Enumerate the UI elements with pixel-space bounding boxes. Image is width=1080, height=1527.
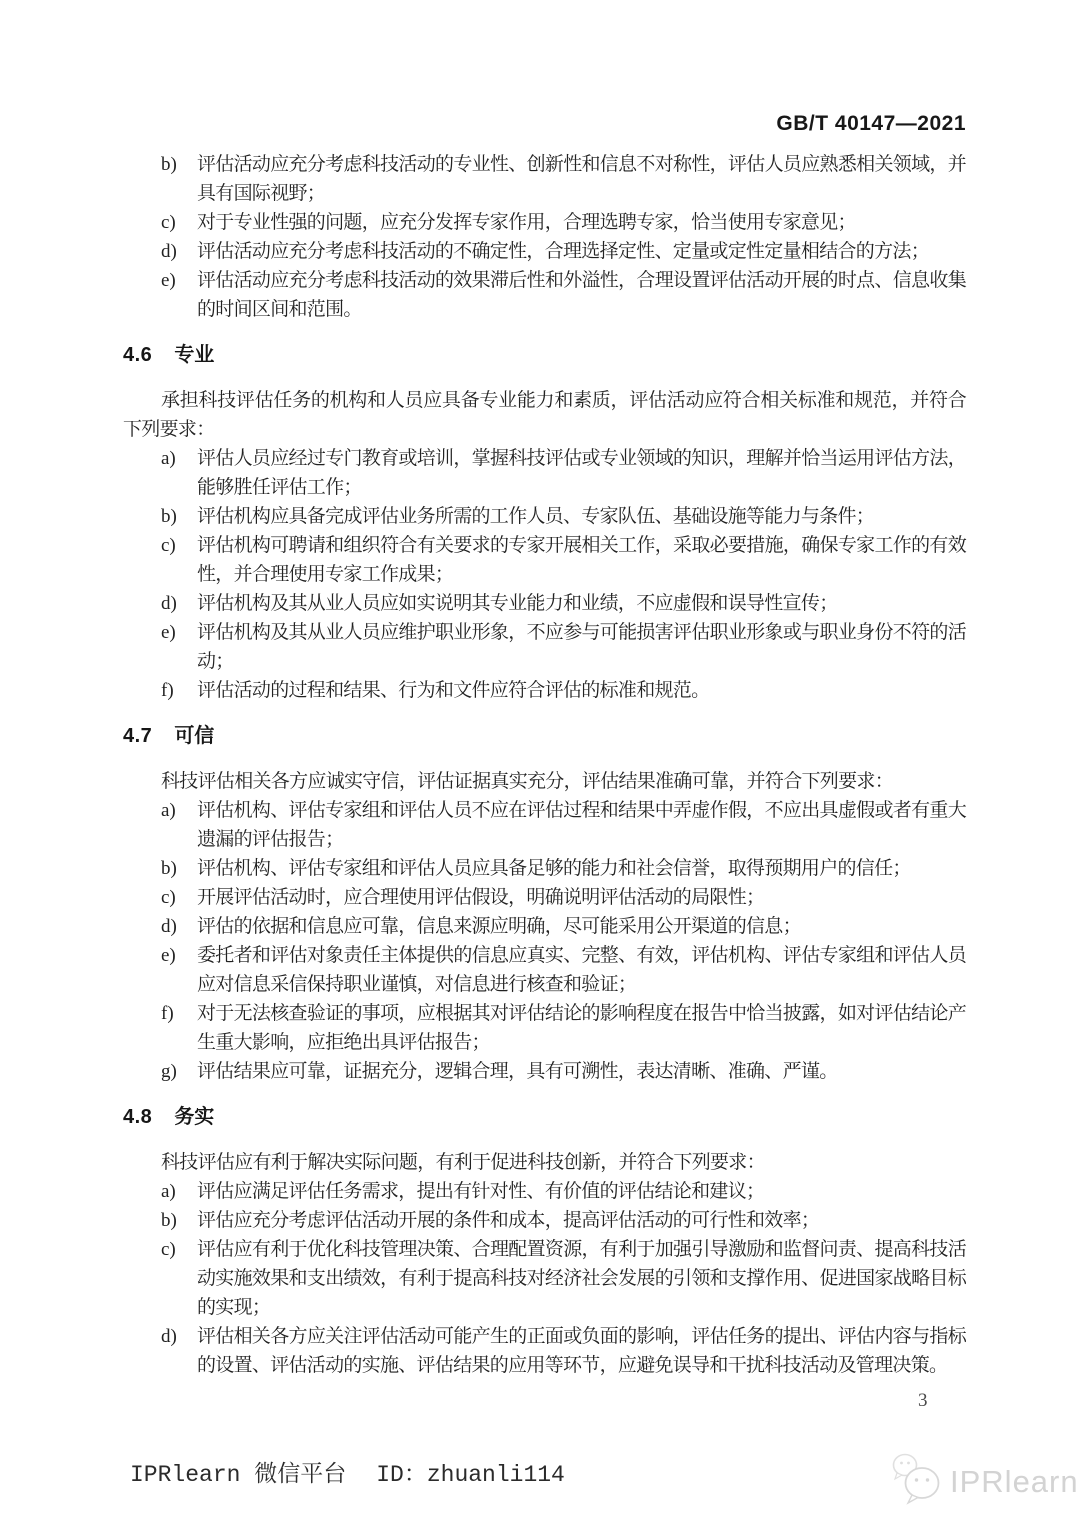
list-item: d) 评估机构及其从业人员应如实说明其专业能力和业绩，不应虚假和误导性宣传； [123, 589, 966, 618]
footer-id-text: ID：zhuanli114 [376, 1462, 565, 1488]
list-item: b) 评估机构、评估专家组和评估人员应具备足够的能力和社会信誉，取得预期用户的信… [123, 854, 966, 883]
list-item-text: 评估人员应经过专门教育或培训，掌握科技评估或专业领域的知识，理解并恰当运用评估方… [197, 448, 966, 498]
list-item-text: 评估机构及其从业人员应维护职业形象，不应参与可能损害评估职业形象或与职业身份不符… [197, 622, 966, 672]
section-heading: 4.7可信 [123, 722, 966, 751]
page-number: 3 [918, 1390, 928, 1412]
list-item: a) 评估机构、评估专家组和评估人员不应在评估过程和结果中弄虚作假，不应出具虚假… [123, 796, 966, 854]
section-title: 可信 [174, 725, 214, 747]
section-heading: 4.8务实 [123, 1103, 966, 1132]
section-heading: 4.6专业 [123, 341, 966, 370]
section-number: 4.6 [123, 344, 152, 366]
footer-platform-line: IPRlearn 微信平台ID：zhuanli114 [130, 1458, 565, 1492]
section-number: 4.8 [123, 1106, 152, 1128]
section-number: 4.7 [123, 725, 152, 747]
list-item-text: 评估应有利于优化科技管理决策、合理配置资源，有利于加强引导激励和监督问责、提高科… [197, 1239, 966, 1318]
list-item: a) 评估人员应经过专门教育或培训，掌握科技评估或专业领域的知识，理解并恰当运用… [123, 444, 966, 502]
section-clause-list: a) 评估人员应经过专门教育或培训，掌握科技评估或专业领域的知识，理解并恰当运用… [123, 444, 966, 705]
list-item-text: 评估机构、评估专家组和评估人员不应在评估过程和结果中弄虚作假，不应出具虚假或者有… [197, 800, 966, 850]
section-clause-list: a) 评估机构、评估专家组和评估人员不应在评估过程和结果中弄虚作假，不应出具虚假… [123, 796, 966, 1086]
list-item-label: c) [161, 1235, 176, 1264]
iprlearn-watermark-text: IPRlearn [950, 1464, 1079, 1500]
list-item-text: 评估结果应可靠，证据充分，逻辑合理，具有可溯性，表达清晰、准确、严谨。 [197, 1061, 838, 1082]
list-item-label: f) [161, 676, 174, 705]
doc-number: GB/T 40147—2021 [776, 112, 966, 136]
list-item-label: b) [161, 1206, 177, 1235]
iprlearn-logo-icon [891, 1450, 945, 1513]
section-4-8: 4.8务实 科技评估应有利于解决实际问题，有利于促进科技创新，并符合下列要求： … [123, 1103, 966, 1380]
list-item-text: 委托者和评估对象责任主体提供的信息应真实、完整、有效，评估机构、评估专家组和评估… [197, 945, 966, 995]
list-item-label: c) [161, 531, 176, 560]
list-item-label: b) [161, 854, 177, 883]
list-item-text: 评估的依据和信息应可靠，信息来源应明确，尽可能采用公开渠道的信息； [197, 916, 801, 937]
list-item: c) 对于专业性强的问题，应充分发挥专家作用，合理选聘专家，恰当使用专家意见； [123, 208, 966, 237]
list-item: d) 评估活动应充分考虑科技活动的不确定性，合理选择定性、定量或定性定量相结合的… [123, 237, 966, 266]
list-item: b) 评估活动应充分考虑科技活动的专业性、创新性和信息不对称性，评估人员应熟悉相… [123, 150, 966, 208]
list-item-label: c) [161, 883, 176, 912]
section-intro: 科技评估应有利于解决实际问题，有利于促进科技创新，并符合下列要求： [123, 1148, 966, 1177]
list-item: f) 对于无法核查验证的事项，应根据其对评估结论的影响程度在报告中恰当披露，如对… [123, 999, 966, 1057]
section-title: 专业 [174, 344, 214, 366]
list-item-text: 评估应充分考虑评估活动开展的条件和成本，提高评估活动的可行性和效率； [197, 1210, 819, 1231]
list-item-label: g) [161, 1057, 177, 1086]
list-item-label: a) [161, 444, 176, 473]
section-intro: 承担科技评估任务的机构和人员应具备专业能力和素质，评估活动应符合相关标准和规范，… [123, 386, 966, 444]
list-item: e) 评估活动应充分考虑科技活动的效果滞后性和外溢性，合理设置评估活动开展的时点… [123, 266, 966, 324]
list-item-text: 评估活动的过程和结果、行为和文件应符合评估的标准和规范。 [197, 680, 709, 701]
list-item: e) 评估机构及其从业人员应维护职业形象，不应参与可能损害评估职业形象或与职业身… [123, 618, 966, 676]
list-item: a) 评估应满足评估任务需求，提出有针对性、有价值的评估结论和建议； [123, 1177, 966, 1206]
continuation-clause-list: b) 评估活动应充分考虑科技活动的专业性、创新性和信息不对称性，评估人员应熟悉相… [123, 150, 966, 324]
footer-platform-text: IPRlearn 微信平台 [130, 1462, 346, 1488]
list-item-label: b) [161, 502, 177, 531]
list-item-text: 评估活动应充分考虑科技活动的效果滞后性和外溢性，合理设置评估活动开展的时点、信息… [197, 270, 966, 320]
list-item-label: e) [161, 266, 176, 295]
list-item: g) 评估结果应可靠，证据充分，逻辑合理，具有可溯性，表达清晰、准确、严谨。 [123, 1057, 966, 1086]
list-item-label: e) [161, 941, 176, 970]
list-item-text: 评估机构可聘请和组织符合有关要求的专家开展相关工作，采取必要措施，确保专家工作的… [197, 535, 966, 585]
list-item-text: 评估机构及其从业人员应如实说明其专业能力和业绩，不应虚假和误导性宣传； [197, 593, 838, 614]
list-item-text: 对于无法核查验证的事项，应根据其对评估结论的影响程度在报告中恰当披露，如对评估结… [197, 1003, 966, 1053]
list-item-text: 开展评估活动时，应合理使用评估假设，明确说明评估活动的局限性； [197, 887, 764, 908]
list-item-text: 评估机构、评估专家组和评估人员应具备足够的能力和社会信誉，取得预期用户的信任； [197, 858, 911, 879]
list-item: c) 开展评估活动时，应合理使用评估假设，明确说明评估活动的局限性； [123, 883, 966, 912]
list-item-text: 评估活动应充分考虑科技活动的不确定性，合理选择定性、定量或定性定量相结合的方法； [197, 241, 929, 262]
page-content: b) 评估活动应充分考虑科技活动的专业性、创新性和信息不对称性，评估人员应熟悉相… [123, 150, 966, 1380]
list-item-text: 评估相关各方应关注评估活动可能产生的正面或负面的影响，评估任务的提出、评估内容与… [197, 1326, 966, 1376]
list-item-label: c) [161, 208, 176, 237]
section-4-7: 4.7可信 科技评估相关各方应诚实守信，评估证据真实充分，评估结果准确可靠，并符… [123, 722, 966, 1086]
list-item-label: d) [161, 589, 177, 618]
section-clause-list: a) 评估应满足评估任务需求，提出有针对性、有价值的评估结论和建议； b) 评估… [123, 1177, 966, 1380]
list-item-text: 评估机构应具备完成评估业务所需的工作人员、专家队伍、基础设施等能力与条件； [197, 506, 874, 527]
list-item-text: 评估活动应充分考虑科技活动的专业性、创新性和信息不对称性，评估人员应熟悉相关领域… [197, 154, 966, 204]
list-item: e) 委托者和评估对象责任主体提供的信息应真实、完整、有效，评估机构、评估专家组… [123, 941, 966, 999]
list-item-label: b) [161, 150, 177, 179]
list-item: c) 评估机构可聘请和组织符合有关要求的专家开展相关工作，采取必要措施，确保专家… [123, 531, 966, 589]
list-item-label: d) [161, 237, 177, 266]
list-item-text: 对于专业性强的问题，应充分发挥专家作用，合理选聘专家，恰当使用专家意见； [197, 212, 856, 233]
list-item: d) 评估相关各方应关注评估活动可能产生的正面或负面的影响，评估任务的提出、评估… [123, 1322, 966, 1380]
list-item: c) 评估应有利于优化科技管理决策、合理配置资源，有利于加强引导激励和监督问责、… [123, 1235, 966, 1322]
list-item: b) 评估机构应具备完成评估业务所需的工作人员、专家队伍、基础设施等能力与条件； [123, 502, 966, 531]
list-item: f) 评估活动的过程和结果、行为和文件应符合评估的标准和规范。 [123, 676, 966, 705]
list-item: d) 评估的依据和信息应可靠，信息来源应明确，尽可能采用公开渠道的信息； [123, 912, 966, 941]
list-item-label: d) [161, 1322, 177, 1351]
section-intro: 科技评估相关各方应诚实守信，评估证据真实充分，评估结果准确可靠，并符合下列要求： [123, 767, 966, 796]
list-item-label: f) [161, 999, 174, 1028]
list-item-text: 评估应满足评估任务需求，提出有针对性、有价值的评估结论和建议； [197, 1181, 764, 1202]
iprlearn-watermark: IPRlearn [891, 1450, 1079, 1513]
list-item: b) 评估应充分考虑评估活动开展的条件和成本，提高评估活动的可行性和效率； [123, 1206, 966, 1235]
list-item-label: a) [161, 1177, 176, 1206]
section-4-6: 4.6专业 承担科技评估任务的机构和人员应具备专业能力和素质，评估活动应符合相关… [123, 341, 966, 705]
list-item-label: d) [161, 912, 177, 941]
section-title: 务实 [174, 1106, 214, 1128]
list-item-label: e) [161, 618, 176, 647]
list-item-label: a) [161, 796, 176, 825]
